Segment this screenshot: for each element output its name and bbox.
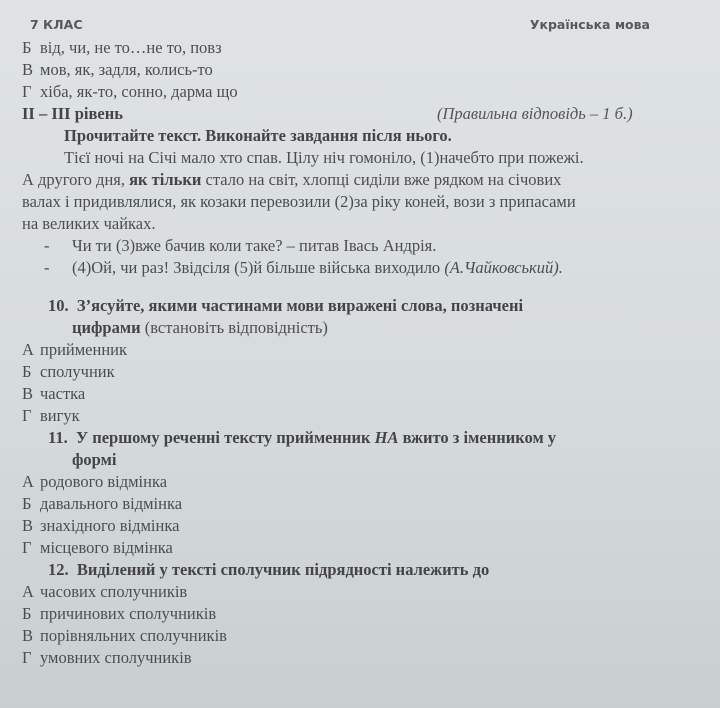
q10-option-v[interactable]: Вчастка: [22, 384, 85, 404]
question-12: 12. Виділений у тексті сполучник підрядн…: [48, 560, 489, 580]
q11-option-v[interactable]: Взнахідного відмінка: [22, 516, 179, 536]
passage-text: стало на світ, хлопці сиділи вже рядком …: [201, 170, 561, 189]
option-letter: В: [22, 516, 40, 536]
grade-label: 7 КЛАС: [30, 17, 83, 32]
option-text: сполучник: [40, 362, 115, 381]
option-letter: Г: [22, 406, 40, 426]
option-text: умовних сполучників: [40, 648, 192, 667]
q12-option-a[interactable]: Ачасових сполучників: [22, 582, 187, 602]
option-text: часових сполучників: [40, 582, 187, 601]
option-letter: Б: [22, 38, 40, 58]
option-text: вигук: [40, 406, 80, 425]
question-text: З’ясуйте, якими частинами мови виражені …: [77, 296, 523, 315]
option-letter: А: [22, 340, 40, 360]
option-text: частка: [40, 384, 85, 403]
option-letter: Б: [22, 604, 40, 624]
question-11-line-2: формі: [72, 450, 116, 470]
dialogue-text: (4)Ой, чи раз! Звідсіля (5)й більше війс…: [72, 258, 444, 277]
question-number: 11.: [48, 428, 68, 447]
option-text: від, чи, не то…не то, повз: [40, 38, 222, 57]
q11-option-h[interactable]: Гмісцевого відмінка: [22, 538, 173, 558]
option-letter: В: [22, 60, 40, 80]
dash: -: [44, 258, 72, 278]
question-text: вжито з іменником у: [399, 428, 557, 447]
option-text: давального відмінка: [40, 494, 182, 513]
passage-line-2: А другого дня, як тільки стало на світ, …: [22, 170, 561, 190]
prev-option-v: Вмов, як, задля, колись-то: [22, 60, 213, 80]
option-letter: Г: [22, 82, 40, 102]
q11-option-b[interactable]: Бдавального відмінка: [22, 494, 182, 514]
q12-option-b[interactable]: Бпричинових сполучників: [22, 604, 216, 624]
dialogue-line-1: -Чи ти (3)вже бачив коли таке? – питав І…: [44, 236, 436, 256]
passage-line-4: на великих чайках.: [22, 214, 156, 234]
question-number: 10.: [48, 296, 69, 315]
prev-option-h: Гхіба, як-то, сонно, дарма що: [22, 82, 238, 102]
option-text: хіба, як-то, сонно, дарма що: [40, 82, 238, 101]
highlighted-conjunction: як тільки: [129, 170, 201, 189]
option-letter: Б: [22, 362, 40, 382]
q10-option-h[interactable]: Гвигук: [22, 406, 80, 426]
instruction: Прочитайте текст. Виконайте завдання піс…: [64, 126, 452, 146]
option-letter: В: [22, 384, 40, 404]
option-letter: Г: [22, 538, 40, 558]
subject-label: Українська мова: [530, 17, 650, 32]
option-text: прийменник: [40, 340, 127, 359]
question-10: 10. З’ясуйте, якими частинами мови вираж…: [48, 296, 523, 316]
q12-option-v[interactable]: Впорівняльних сполучників: [22, 626, 227, 646]
option-letter: В: [22, 626, 40, 646]
page-header: 7 КЛАС Українська мова: [30, 17, 650, 32]
exam-page: 7 КЛАС Українська мова Бвід, чи, не то…н…: [0, 0, 720, 708]
dialogue-text: Чи ти (3)вже бачив коли таке? – питав Ів…: [72, 236, 436, 255]
author-citation: (А.Чайковський).: [444, 258, 563, 277]
passage-line-3: валах і придивлялися, як козаки перевози…: [22, 192, 576, 212]
option-text: знахідного відмінка: [40, 516, 179, 535]
prev-option-b: Бвід, чи, не то…не то, повз: [22, 38, 222, 58]
question-text: У першому реченні тексту прийменник: [76, 428, 375, 447]
dialogue-line-2: -(4)Ой, чи раз! Звідсіля (5)й більше вій…: [44, 258, 563, 278]
q10-option-a[interactable]: Априйменник: [22, 340, 127, 360]
q10-option-b[interactable]: Бсполучник: [22, 362, 115, 382]
question-text: Виділений у тексті сполучник підрядності…: [77, 560, 489, 579]
option-text: причинових сполучників: [40, 604, 216, 623]
question-11: 11. У першому реченні тексту прийменник …: [48, 428, 556, 448]
q11-option-a[interactable]: Ародового відмінка: [22, 472, 167, 492]
passage-text: А другого дня,: [22, 170, 129, 189]
dash: -: [44, 236, 72, 256]
passage-line-1: Тієї ночі на Січі мало хто спав. Цілу ні…: [64, 148, 584, 168]
level-title: II – III рівень: [22, 104, 123, 124]
option-letter: Г: [22, 648, 40, 668]
option-text: місцевого відмінка: [40, 538, 173, 557]
points-note: (Правильна відповідь – 1 б.): [437, 104, 633, 124]
question-text: цифрами: [72, 318, 141, 337]
question-text: (встановіть відповідність): [141, 318, 328, 337]
question-10-line-2: цифрами (встановіть відповідність): [72, 318, 328, 338]
option-letter: А: [22, 472, 40, 492]
option-text: порівняльних сполучників: [40, 626, 227, 645]
option-text: родового відмінка: [40, 472, 167, 491]
option-letter: Б: [22, 494, 40, 514]
preposition-na: НА: [375, 428, 399, 447]
option-text: мов, як, задля, колись-то: [40, 60, 213, 79]
q12-option-h[interactable]: Гумовних сполучників: [22, 648, 192, 668]
question-number: 12.: [48, 560, 69, 579]
option-letter: А: [22, 582, 40, 602]
